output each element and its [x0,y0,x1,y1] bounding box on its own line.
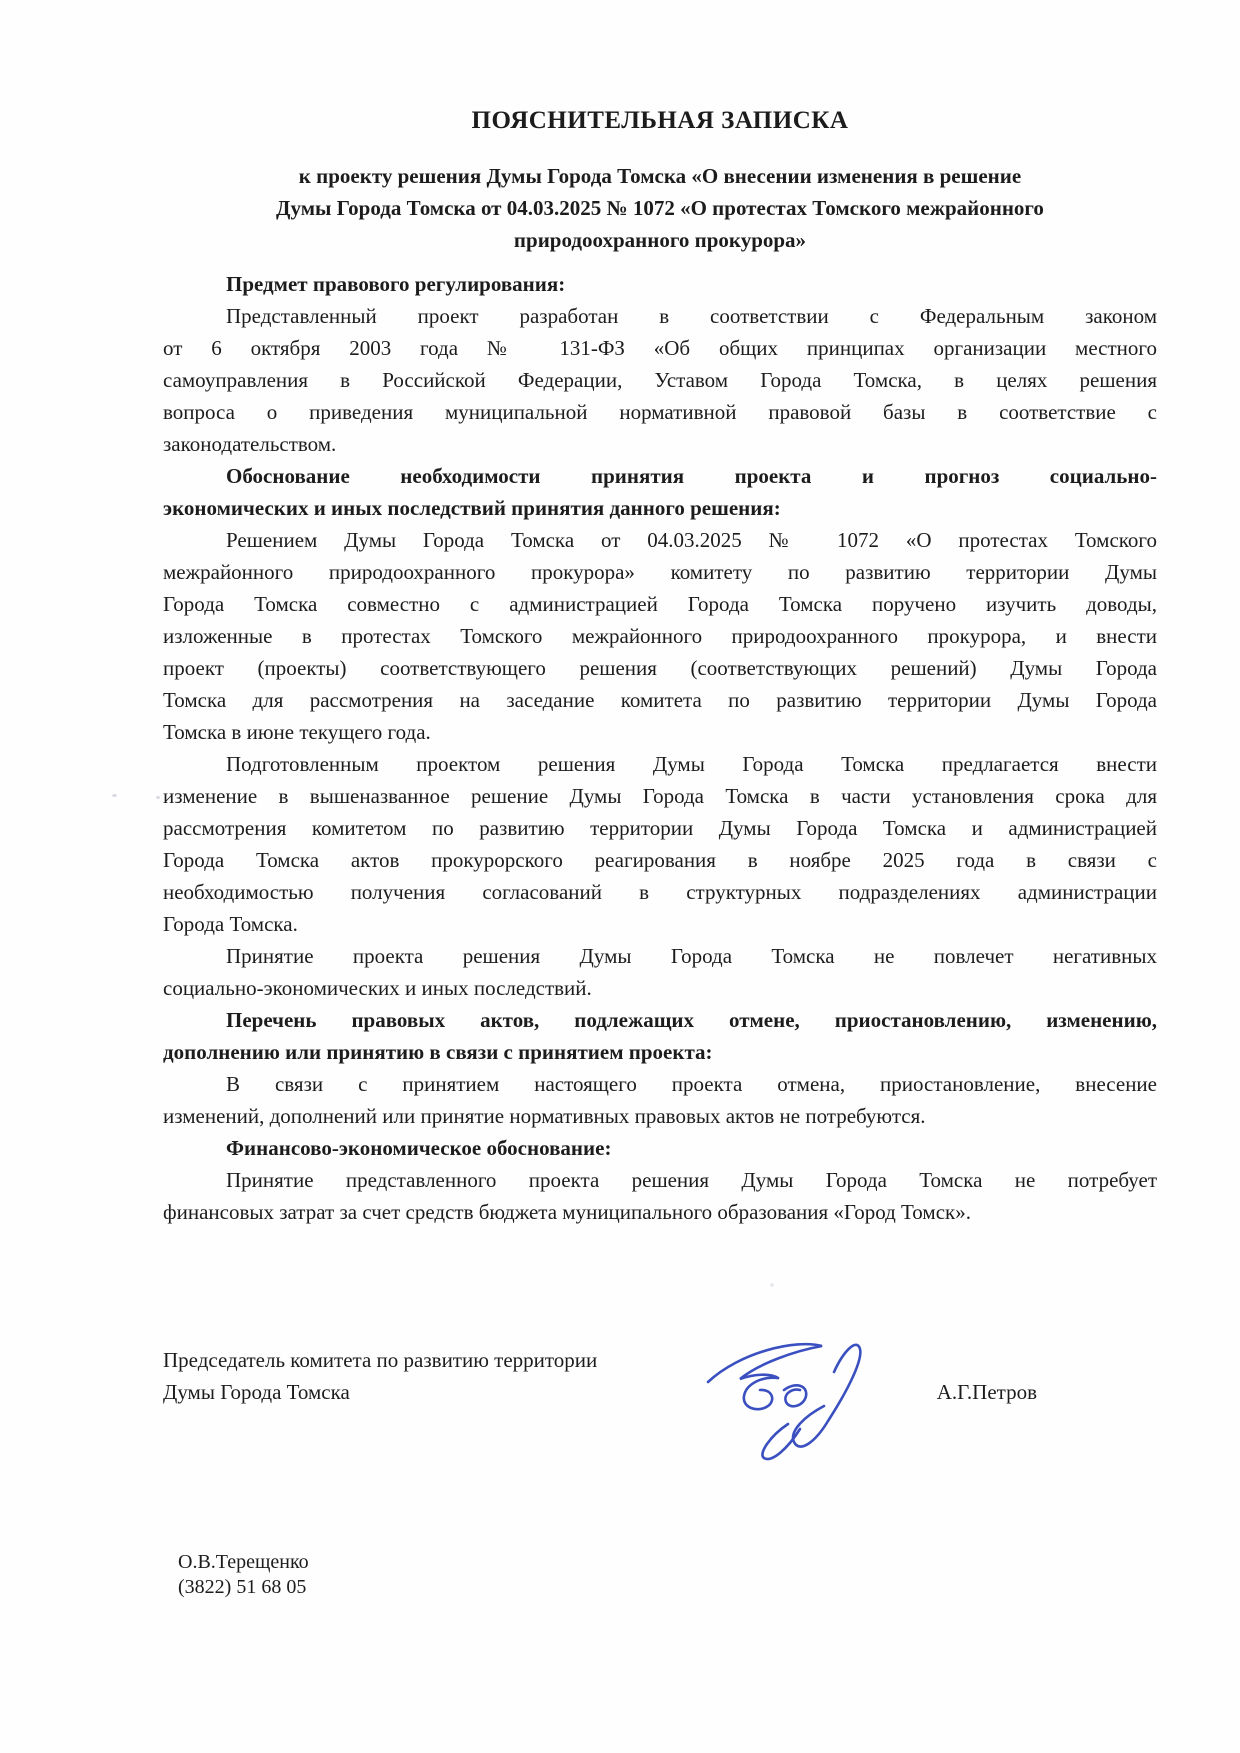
scan-speck [112,794,117,797]
document-subtitle-line: к проекту решения Думы Города Томска «О … [163,160,1157,192]
paragraph-line: самоуправления в Российской Федерации, У… [163,364,1157,396]
paragraph-line: рассмотрения комитетом по развитию терри… [163,812,1157,844]
paragraph-line: Представленный проект разработан в соотв… [163,300,1157,332]
paragraph-line: Решением Думы Города Томска от 04.03.202… [163,524,1157,556]
section-heading-line: Обоснование необходимости принятия проек… [163,460,1157,492]
document-content: ПОЯСНИТЕЛЬНАЯ ЗАПИСКА к проекту решения … [163,104,1157,1408]
paragraph-line: необходимостью получения согласований в … [163,876,1157,908]
section-heading-line: Финансово-экономическое обоснование: [163,1132,1157,1164]
paragraph-line: Принятие проекта решения Думы Города Том… [163,940,1157,972]
document-footer: О.В.Терещенко (3822) 51 68 05 [178,1550,309,1600]
section-heading-line: экономических и иных последствий приняти… [163,492,1157,524]
scan-speck [770,1283,774,1287]
paragraph-line: Города Томска. [163,908,1157,940]
paragraph-line: изложенные в протестах Томского межрайон… [163,620,1157,652]
paragraph-line: проект (проекты) соответствующего решени… [163,652,1157,684]
signer-position-line-2: Думы Города Томска [163,1376,350,1408]
paragraph-line: Томска в июне текущего года. [163,716,1157,748]
paragraph-line: финансовых затрат за счет средств бюджет… [163,1196,1157,1228]
paragraph-line: Томска для рассмотрения на заседание ком… [163,684,1157,716]
paragraph-line: изменений, дополнений или принятие норма… [163,1100,1157,1132]
document-page: ПОЯСНИТЕЛЬНАЯ ЗАПИСКА к проекту решения … [0,0,1240,1753]
signature-ink [700,1326,885,1478]
section-heading-line: Предмет правового регулирования: [163,268,1157,300]
contact-name: О.В.Терещенко [178,1550,309,1575]
paragraph-line: Подготовленным проектом решения Думы Гор… [163,748,1157,780]
paragraph-line: Города Томска совместно с администрацией… [163,588,1157,620]
scan-speck [156,796,160,799]
paragraph-line: Принятие представленного проекта решения… [163,1164,1157,1196]
paragraph-line: В связи с принятием настоящего проекта о… [163,1068,1157,1100]
document-body: Предмет правового регулирования:Представ… [163,268,1157,1228]
paragraph-line: межрайонного природоохранного прокурора»… [163,556,1157,588]
document-subtitle-line: Думы Города Томска от 04.03.2025 № 1072 … [163,192,1157,224]
contact-phone: (3822) 51 68 05 [178,1575,309,1600]
signer-name: А.Г.Петров [937,1376,1037,1408]
section-heading-line: дополнению или принятию в связи с принят… [163,1036,1157,1068]
document-subtitle-line: природоохранного прокурора» [163,224,1157,256]
signer-position-line-1: Председатель комитета по развитию террит… [163,1344,1157,1376]
paragraph-line: вопроса о приведения муниципальной норма… [163,396,1157,428]
paragraph-line: законодательством. [163,428,1157,460]
paragraph-line: Города Томска актов прокурорского реагир… [163,844,1157,876]
section-heading-line: Перечень правовых актов, подлежащих отме… [163,1004,1157,1036]
signature-block: Председатель комитета по развитию террит… [163,1344,1157,1408]
document-subtitle: к проекту решения Думы Города Томска «О … [163,160,1157,256]
paragraph-line: социально-экономических и иных последств… [163,972,1157,1004]
paragraph-line: от 6 октября 2003 года № 131-ФЗ «Об общи… [163,332,1157,364]
paragraph-line: изменение в вышеназванное решение Думы Г… [163,780,1157,812]
document-title: ПОЯСНИТЕЛЬНАЯ ЗАПИСКА [163,104,1157,138]
